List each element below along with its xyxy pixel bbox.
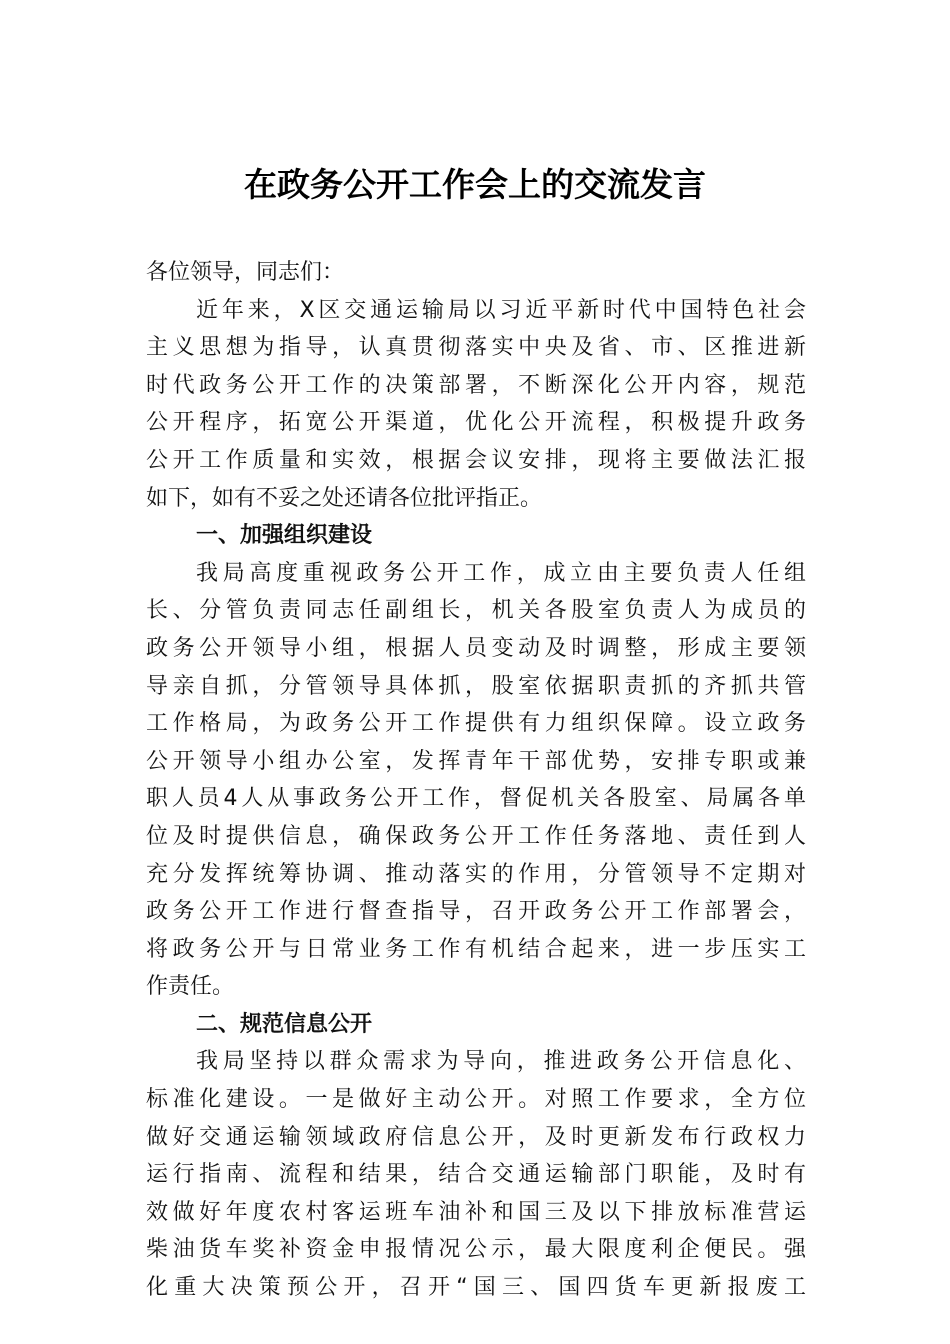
- paragraph-line: 标准化建设。一是做好主动公开。对照工作要求，全方位: [146, 1081, 806, 1119]
- paragraph-line: 做好交通运输领域政府信息公开，及时更新发布行政权力: [146, 1119, 806, 1157]
- paragraph-line: 将政务公开与日常业务工作有机结合起来，进一步压实工: [146, 931, 806, 969]
- salutation: 各位领导，同志们：: [146, 254, 806, 292]
- paragraph-line: 我局高度重视政务公开工作，成立由主要负责人任组: [146, 555, 806, 593]
- paragraph-line: 政务公开工作进行督查指导，召开政务公开工作部署会，: [146, 893, 806, 931]
- section-information-disclosure: 二、规范信息公开 我局坚持以群众需求为导向，推进政务公开信息化、 标准化建设。一…: [146, 1006, 806, 1307]
- paragraph-line: 作责任。: [146, 968, 806, 1006]
- paragraph-line: 运行指南、流程和结果，结合交通运输部门职能，及时有: [146, 1156, 806, 1194]
- intro-paragraph: 近年来，X区交通运输局以习近平新时代中国特色社会 主义思想为指导，认真贯彻落实中…: [146, 292, 806, 518]
- section-heading: 一、加强组织建设: [146, 517, 806, 555]
- paragraph-line: 政务公开领导小组，根据人员变动及时调整，形成主要领: [146, 630, 806, 668]
- paragraph-line: 效做好年度农村客运班车油补和国三及以下排放标准营运: [146, 1194, 806, 1232]
- paragraph-line: 充分发挥统筹协调、推动落实的作用，分管领导不定期对: [146, 856, 806, 894]
- paragraph-line: 公开领导小组办公室，发挥青年干部优势，安排专职或兼: [146, 743, 806, 781]
- document-title: 在政务公开工作会上的交流发言: [0, 160, 950, 210]
- paragraph-line: 化重大决策预公开，召开“国三、国四货车更新报废工: [146, 1269, 806, 1307]
- paragraph-line: 位及时提供信息，确保政务公开工作任务落地、责任到人: [146, 818, 806, 856]
- paragraph-line: 近年来，X区交通运输局以习近平新时代中国特色社会: [146, 292, 806, 330]
- paragraph-line: 长、分管负责同志任副组长，机关各股室负责人为成员的: [146, 592, 806, 630]
- paragraph-line: 导亲自抓，分管领导具体抓，股室依据职责抓的齐抓共管: [146, 668, 806, 706]
- document-page: 在政务公开工作会上的交流发言 各位领导，同志们： 近年来，X区交通运输局以习近平…: [0, 0, 950, 1344]
- section-heading: 二、规范信息公开: [146, 1006, 806, 1044]
- paragraph-line: 公开程序，拓宽公开渠道，优化公开流程，积极提升政务: [146, 404, 806, 442]
- paragraph-line: 公开工作质量和实效，根据会议安排，现将主要做法汇报: [146, 442, 806, 480]
- paragraph-line: 职人员4人从事政务公开工作，督促机关各股室、局属各单: [146, 780, 806, 818]
- paragraph-line: 柴油货车奖补资金申报情况公示，最大限度利企便民。强: [146, 1231, 806, 1269]
- paragraph-line: 工作格局，为政务公开工作提供有力组织保障。设立政务: [146, 705, 806, 743]
- paragraph-line: 时代政务公开工作的决策部署，不断深化公开内容，规范: [146, 367, 806, 405]
- document-body: 各位领导，同志们： 近年来，X区交通运输局以习近平新时代中国特色社会 主义思想为…: [146, 254, 806, 1307]
- section-organization: 一、加强组织建设 我局高度重视政务公开工作，成立由主要负责人任组 长、分管负责同…: [146, 517, 806, 1006]
- paragraph-line: 主义思想为指导，认真贯彻落实中央及省、市、区推进新: [146, 329, 806, 367]
- paragraph-line: 如下，如有不妥之处还请各位批评指正。: [146, 480, 806, 518]
- paragraph-line: 我局坚持以群众需求为导向，推进政务公开信息化、: [146, 1043, 806, 1081]
